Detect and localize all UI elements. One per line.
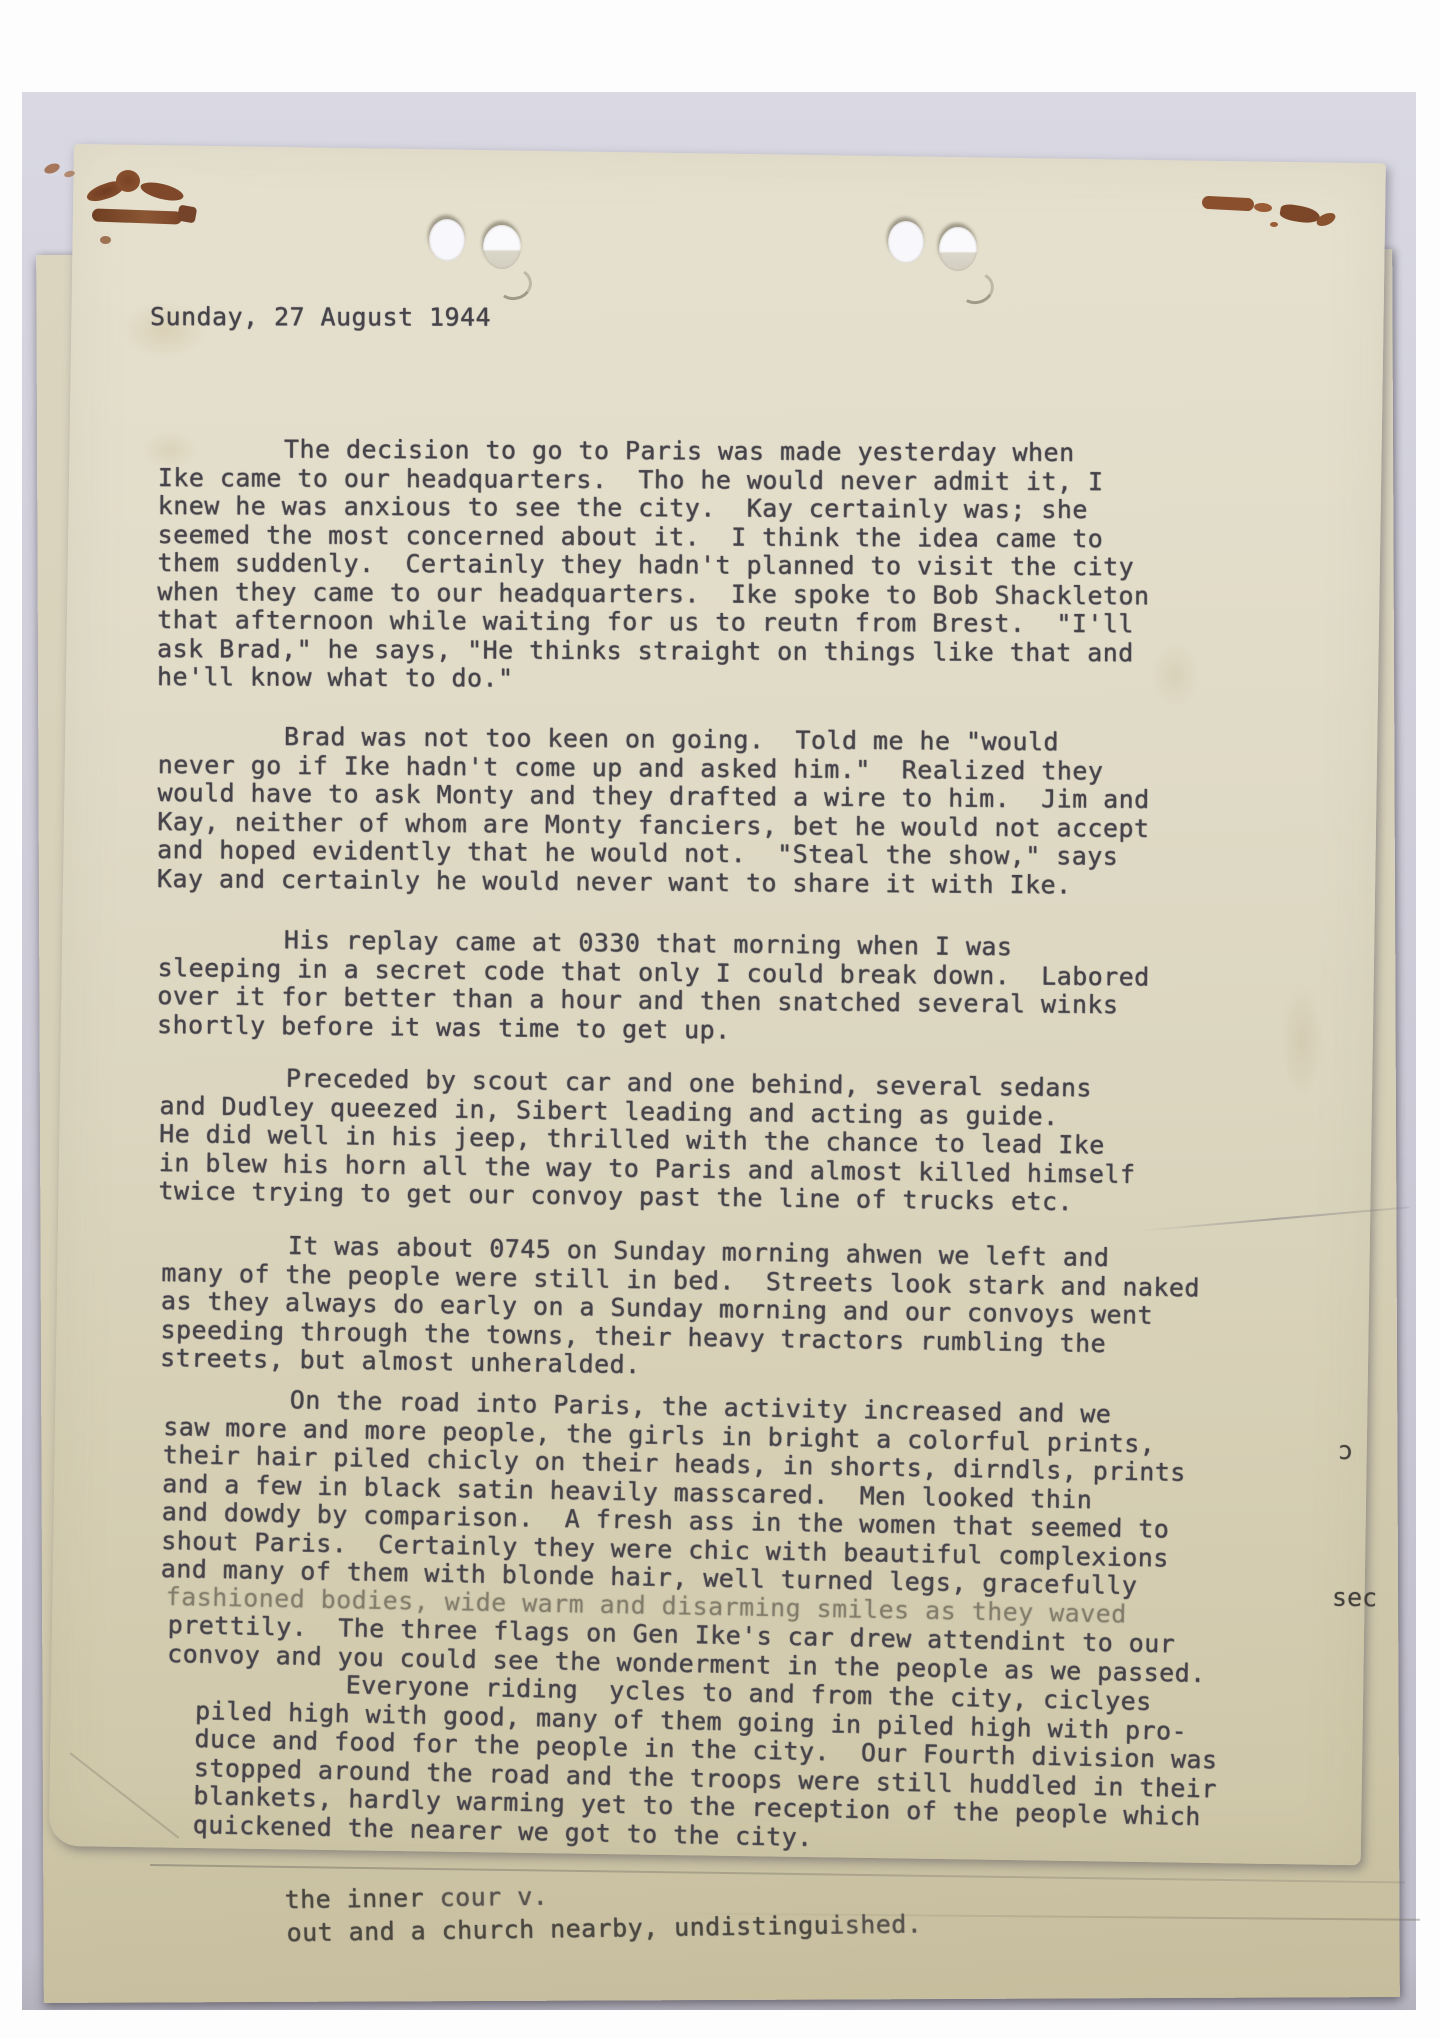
paper-stain xyxy=(1280,980,1324,1100)
rust-stain xyxy=(1202,196,1255,212)
typed-paragraph: His replay came at 0330 that morning whe… xyxy=(157,925,1258,1050)
typed-paragraph: Preceded by scout car and one behind, se… xyxy=(158,1063,1260,1219)
typed-paragraph: It was about 0745 on Sunday morning ahwe… xyxy=(160,1230,1262,1389)
typed-paragraph: Everyone riding ycles to and from the ci… xyxy=(192,1668,1295,1862)
stray-typed-word: sec xyxy=(1332,1583,1377,1612)
date-line: Sunday, 27 August 1944 xyxy=(150,303,1250,333)
punch-hole xyxy=(939,227,977,271)
punch-hole xyxy=(429,219,465,261)
under-sheet-line: out and a church nearby, undistinguished… xyxy=(224,1876,1325,1977)
typed-paragraph: The decision to go to Paris was made yes… xyxy=(157,435,1258,696)
rust-stain xyxy=(116,170,140,192)
typed-paragraph: Brad was not too keen on going. Told me … xyxy=(157,722,1258,901)
rust-stain xyxy=(177,205,198,224)
typed-paragraph: On the road into Paris, the activity inc… xyxy=(161,1384,1264,1603)
punch-hole xyxy=(888,221,924,263)
screenshot: Sunday, 27 August 1944 The decision to g… xyxy=(0,0,1440,2038)
punch-hole xyxy=(483,225,521,269)
under-sheet-line-text: out and a church nearby, undistingu xyxy=(286,1910,829,1947)
rust-stain xyxy=(1270,222,1278,227)
rust-stain xyxy=(100,236,111,244)
stray-typed-mark: ɔ xyxy=(1338,1436,1354,1465)
